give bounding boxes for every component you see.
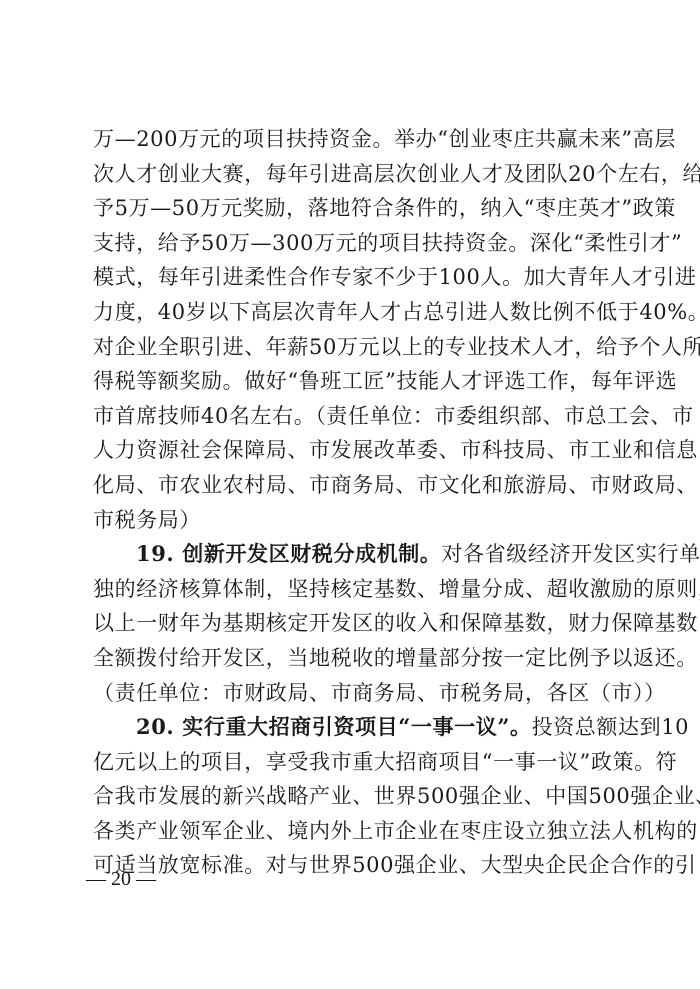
text-line: 独的经济核算体制，坚持核定基数、增量分成、超收激励的原则， bbox=[93, 572, 609, 607]
text-line: 万—200万元的项目扶持资金。举办“创业枣庄共赢未来”高层 bbox=[93, 122, 609, 157]
text-span: 投资总额达到10 bbox=[532, 715, 690, 739]
text-span: 对各省级经济开发区实行单 bbox=[441, 542, 700, 566]
text-line: 对企业全职引进、年薪50万元以上的专业技术人才，给予个人所 bbox=[93, 330, 609, 365]
text-line: 以上一财年为基期核定开发区的收入和保障基数，财力保障基数 bbox=[93, 606, 609, 641]
paragraph-item-20: 20. 实行重大招商引资项目“一事一议”。投资总额达到10 亿元以上的项目，享受… bbox=[93, 710, 609, 883]
page-number: — 20 — bbox=[86, 868, 156, 891]
text-line: （责任单位：市财政局、市商务局、市税务局，各区（市）） bbox=[93, 676, 609, 711]
text-line: 模式，每年引进柔性合作专家不少于100人。加大青年人才引进 bbox=[93, 260, 609, 295]
text-line: 化局、市农业农村局、市商务局、市文化和旅游局、市财政局、 bbox=[93, 468, 609, 503]
item-heading-20: 20. 实行重大招商引资项目“一事一议”。 bbox=[136, 714, 532, 739]
text-line: 市首席技师40名左右。（责任单位：市委组织部、市总工会、市 bbox=[93, 399, 609, 434]
text-line: 19. 创新开发区财税分成机制。对各省级经济开发区实行单 bbox=[93, 537, 609, 572]
item-heading-19: 19. 创新开发区财税分成机制。 bbox=[136, 541, 441, 566]
text-line: 市税务局） bbox=[93, 503, 609, 538]
text-line: 亿元以上的项目，享受我市重大招商项目“一事一议”政策。符 bbox=[93, 745, 609, 780]
text-line: 人力资源社会保障局、市发展改革委、市科技局、市工业和信息 bbox=[93, 433, 609, 468]
text-line: 力度，40岁以下高层次青年人才占总引进人数比例不低于40%。 bbox=[93, 295, 609, 330]
text-line: 合我市发展的新兴战略产业、世界500强企业、中国500强企业、 bbox=[93, 779, 609, 814]
text-line: 得税等额奖励。做好“鲁班工匠”技能人才评选工作，每年评选 bbox=[93, 364, 609, 399]
text-line: 20. 实行重大招商引资项目“一事一议”。投资总额达到10 bbox=[93, 710, 609, 745]
document-body: 万—200万元的项目扶持资金。举办“创业枣庄共赢未来”高层 次人才创业大赛，每年… bbox=[93, 122, 609, 883]
text-line: 全额拨付给开发区，当地税收的增量部分按一定比例予以返还。 bbox=[93, 641, 609, 676]
text-line: 支持，给予50万—300万元的项目扶持资金。深化“柔性引才” bbox=[93, 226, 609, 261]
text-line: 次人才创业大赛，每年引进高层次创业人才及团队20个左右，给 bbox=[93, 157, 609, 192]
text-line: 可适当放宽标准。对与世界500强企业、大型央企民企合作的引 bbox=[93, 848, 609, 883]
paragraph-item-19: 19. 创新开发区财税分成机制。对各省级经济开发区实行单 独的经济核算体制，坚持… bbox=[93, 537, 609, 710]
text-line: 予5万—50万元奖励，落地符合条件的，纳入“枣庄英才”政策 bbox=[93, 191, 609, 226]
paragraph-talent-funding: 万—200万元的项目扶持资金。举办“创业枣庄共赢未来”高层 次人才创业大赛，每年… bbox=[93, 122, 609, 537]
text-line: 各类产业领军企业、境内外上市企业在枣庄设立独立法人机构的 bbox=[93, 814, 609, 849]
